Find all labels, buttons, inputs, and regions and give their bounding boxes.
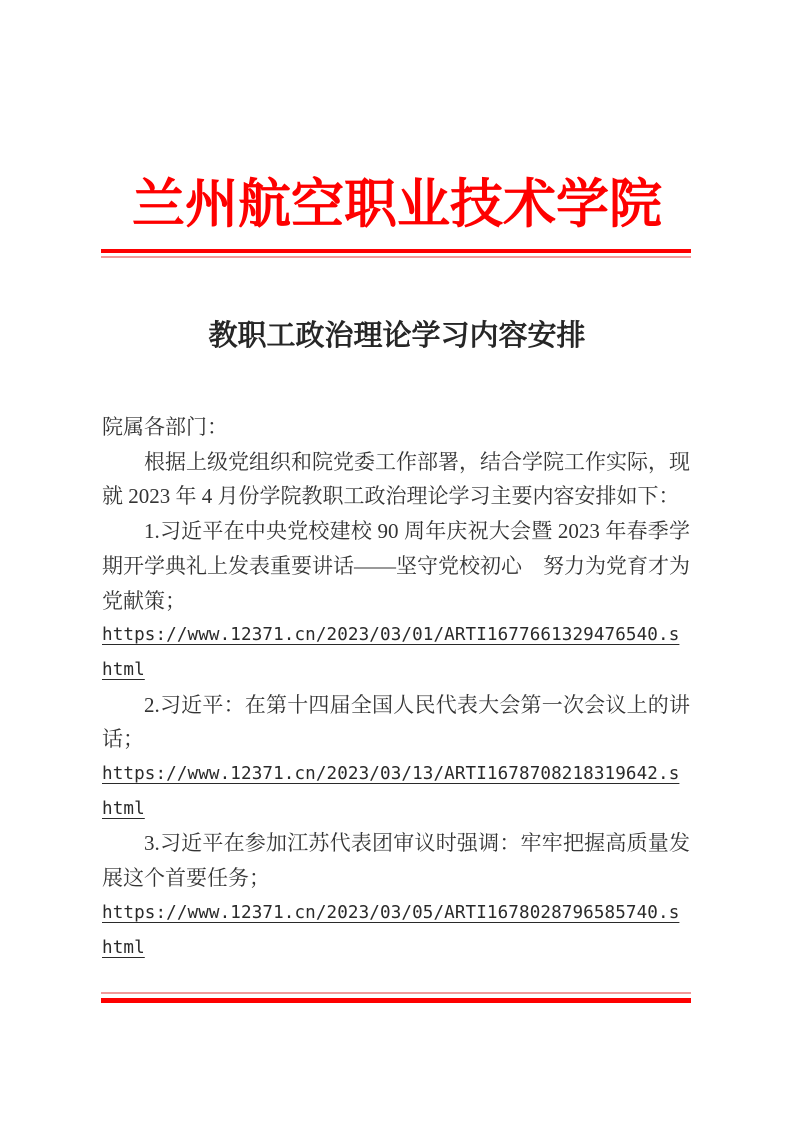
study-item-2-link[interactable]: https://www.12371.cn/2023/03/13/ARTI1678…: [102, 757, 690, 826]
organization-name: 兰州航空职业技术学院: [0, 170, 794, 240]
study-item-3-link[interactable]: https://www.12371.cn/2023/03/05/ARTI1678…: [102, 896, 690, 965]
document-page: 兰州航空职业技术学院 教职工政治理论学习内容安排 院属各部门： 根据上级党组织和…: [0, 0, 794, 1123]
letterhead-thin-rule: [101, 256, 691, 258]
letterhead-divider: [101, 249, 691, 258]
study-item-1: 1.习近平在中央党校建校 90 周年庆祝大会暨 2023 年春季学期开学典礼上发…: [102, 514, 690, 618]
footer-thin-rule: [101, 992, 691, 994]
study-item-1-link[interactable]: https://www.12371.cn/2023/03/01/ARTI1677…: [102, 618, 690, 687]
study-item-3: 3.习近平在参加江苏代表团审议时强调：牢牢把握高质量发展这个首要任务；: [102, 826, 690, 895]
footer-thick-rule: [101, 998, 691, 1003]
document-title: 教职工政治理论学习内容安排: [0, 318, 794, 354]
letterhead-thick-rule: [101, 249, 691, 253]
intro-paragraph: 根据上级党组织和院党委工作部署，结合学院工作实际，现就 2023 年 4 月份学…: [102, 445, 690, 514]
footer-divider: [101, 992, 691, 1003]
document-body: 院属各部门： 根据上级党组织和院党委工作部署，结合学院工作实际，现就 2023 …: [102, 410, 690, 965]
study-item-2: 2.习近平：在第十四届全国人民代表大会第一次会议上的讲话；: [102, 688, 690, 757]
letterhead: 兰州航空职业技术学院: [0, 170, 794, 258]
salutation: 院属各部门：: [102, 410, 690, 445]
